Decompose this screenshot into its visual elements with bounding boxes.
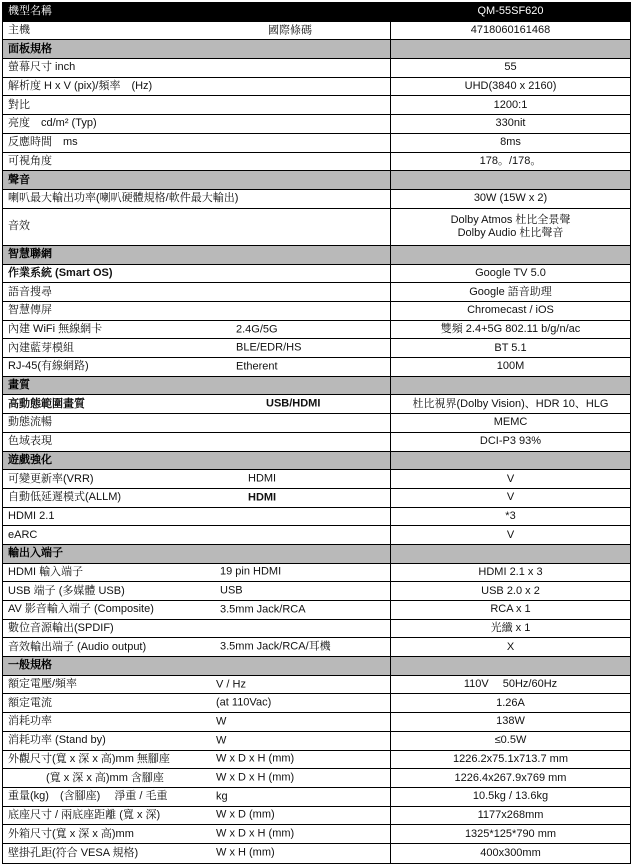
value-cell: 100M [391,358,630,376]
section-title: 畫質 [3,380,30,391]
spec-value: V [507,529,514,542]
label-cell: 額定電流(at 110Vac) [3,694,391,712]
value-cell: MEMC [391,414,630,432]
spec-label: 音效輸出端子 (Audio output) [3,642,146,653]
spec-value: 1.26A [496,697,525,710]
spec-label: 語音搜尋 [3,287,52,298]
spec-label: 外箱尺寸(寬 x 深 x 高)mm [3,829,134,840]
spec-value: 55 [504,61,516,74]
spec-qualifier: USB/HDMI [266,399,320,410]
label-cell: USB 端子 (多媒體 USB)USB [3,582,391,600]
value-cell [391,171,630,189]
spec-label: 作業系統 (Smart OS) [3,268,113,279]
value-cell [391,545,630,563]
value-cell: USB 2.0 x 2 [391,582,630,600]
value-cell: 110V 50Hz/60Hz [391,676,630,694]
spec-row: 色域表現DCI-P3 93% [3,433,630,452]
spec-row: 消耗功率 (Stand by)W≤0.5W [3,732,630,751]
spec-row: 可視角度178。/178。 [3,153,630,172]
spec-row: 內建 WiFi 無線網卡2.4G/5G雙頻 2.4+5G 802.11 b/g/… [3,321,630,340]
spec-qualifier: HDMI [248,492,276,503]
spec-row: 消耗功率W138W [3,713,630,732]
value-cell: 1226.2x75.1x713.7 mm [391,751,630,769]
spec-label: 壁掛孔距(符合 VESA 規格) [3,848,138,859]
spec-value: 138W [496,715,525,728]
spec-label: 高動態範圍畫質 [3,399,85,410]
value-cell: 1.26A [391,694,630,712]
spec-label: HDMI 輸入端子 [3,567,83,578]
spec-row: 外觀尺寸(寬 x 深 x 高)mm 無腳座W x D x H (mm)1226.… [3,751,630,770]
label-cell: 音效 [3,209,391,245]
value-cell: 1200:1 [391,96,630,114]
spec-label: 內建藍芽模組 [3,343,74,354]
spec-qualifier: USB [220,586,243,597]
label-cell: 數位音源輸出(SPDIF) [3,620,391,638]
spec-value: 1177x268mm [478,809,544,822]
label-cell: 反應時間 ms [3,134,391,152]
value-cell: 光纖 x 1 [391,620,630,638]
value-cell: BT 5.1 [391,339,630,357]
label-cell: 音效輸出端子 (Audio output)3.5mm Jack/RCA/耳機 [3,638,391,656]
spec-label: 消耗功率 [3,716,52,727]
spec-value: 1325*125*790 mm [465,828,556,841]
value-cell: V [391,489,630,507]
label-cell: 消耗功率 (Stand by)W [3,732,391,750]
spec-row: 音效輸出端子 (Audio output)3.5mm Jack/RCA/耳機X [3,638,630,657]
value-cell: 400x300mm [391,844,630,863]
section-row: 智慧聯網 [3,246,630,265]
section-title: 面板規格 [3,44,52,55]
spec-qualifier: V / Hz [216,679,246,690]
spec-label: 消耗功率 (Stand by) [3,735,106,746]
spec-row: 壁掛孔距(符合 VESA 規格)W x H (mm)400x300mm [3,844,630,863]
spec-row: 高動態範圍畫質USB/HDMI杜比視界(Dolby Vision)、HDR 10… [3,395,630,414]
label-cell: eARC [3,526,391,544]
spec-qualifier: HDMI [248,474,276,485]
spec-label: (寬 x 深 x 高)mm 含腳座 [3,773,164,784]
value-cell: 138W [391,713,630,731]
spec-value: 杜比視界(Dolby Vision)、HDR 10、HLG [412,398,608,411]
value-cell: HDMI 2.1 x 3 [391,564,630,582]
label-cell: 動態流暢 [3,414,391,432]
spec-row: HDMI 2.1*3 [3,508,630,527]
value-cell [391,452,630,470]
spec-label: 對比 [3,100,30,111]
value-cell: 1325*125*790 mm [391,825,630,843]
value-cell: UHD(3840 x 2160) [391,78,630,96]
spec-row: 額定電流(at 110Vac)1.26A [3,694,630,713]
spec-value: 1226.4x267.9x769 mm [455,772,567,785]
spec-row: 對比1200:1 [3,96,630,115]
spec-value: 30W (15W x 2) [474,192,547,205]
section-row: 畫質 [3,377,630,396]
spec-value-line2: Dolby Audio 杜比聲音 [458,227,564,240]
spec-row: (寬 x 深 x 高)mm 含腳座W x D x H (mm)1226.4x26… [3,769,630,788]
spec-value: 100M [497,360,525,373]
value-cell: *3 [391,508,630,526]
spec-qualifier: W x D x H (mm) [216,829,294,840]
section-row: 聲音 [3,171,630,190]
spec-row: 自動低延遲模式(ALLM)HDMIV [3,489,630,508]
label-cell: 解析度 H x V (pix)/頻率 (Hz) [3,78,391,96]
spec-label: 數位音源輸出(SPDIF) [3,623,114,634]
spec-value: Dolby Atmos 杜比全景聲 [451,214,571,227]
spec-qualifier: 3.5mm Jack/RCA/耳機 [220,642,331,653]
spec-label: 智慧傳屏 [3,305,52,316]
spec-value: 400x300mm [480,847,541,860]
spec-value: Google TV 5.0 [475,267,546,280]
spec-row: RJ-45(有線網路)Etherent100M [3,358,630,377]
spec-qualifier: W x D x H (mm) [216,754,294,765]
value-cell: Google 語音助理 [391,283,630,301]
label-cell: RJ-45(有線網路)Etherent [3,358,391,376]
spec-row: 內建藍芽模組BLE/EDR/HSBT 5.1 [3,339,630,358]
value-cell: 10.5kg / 13.6kg [391,788,630,806]
spec-row: 螢幕尺寸 inch55 [3,59,630,78]
spec-value: HDMI 2.1 x 3 [478,566,542,579]
label-cell: 外觀尺寸(寬 x 深 x 高)mm 無腳座W x D x H (mm) [3,751,391,769]
value-cell: Google TV 5.0 [391,265,630,283]
spec-label: 色域表現 [3,436,52,447]
value-cell [391,40,630,58]
spec-label: USB 端子 (多媒體 USB) [3,586,125,597]
spec-label: RJ-45(有線網路) [3,361,89,372]
value-cell: 30W (15W x 2) [391,190,630,208]
spec-value: 178。/178。 [480,155,542,168]
value-cell [391,657,630,675]
spec-row: 數位音源輸出(SPDIF)光纖 x 1 [3,620,630,639]
spec-row: 主機國際條碼4718060161468 [3,22,630,41]
spec-row: 亮度 cd/m² (Typ)330nit [3,115,630,134]
spec-qualifier: 3.5mm Jack/RCA [220,604,306,615]
spec-qualifier: W x D x H (mm) [216,773,294,784]
label-cell: (寬 x 深 x 高)mm 含腳座W x D x H (mm) [3,769,391,787]
spec-row: eARCV [3,526,630,545]
spec-row: 作業系統 (Smart OS)Google TV 5.0 [3,265,630,284]
value-cell: 1226.4x267.9x769 mm [391,769,630,787]
spec-row: 語音搜尋Google 語音助理 [3,283,630,302]
spec-row: 底座尺寸 / 兩底座距離 (寬 x 深)W x D (mm)1177x268mm [3,807,630,826]
spec-value: X [507,641,514,654]
label-cell: 對比 [3,96,391,114]
spec-value: 4718060161468 [471,24,551,37]
label-cell: 遊戲強化 [3,452,391,470]
spec-value: Chromecast / iOS [467,304,554,317]
spec-value: 330nit [496,117,526,130]
value-cell: RCA x 1 [391,601,630,619]
spec-label: 外觀尺寸(寬 x 深 x 高)mm 無腳座 [3,754,170,765]
spec-qualifier: 2.4G/5G [236,324,278,335]
spec-row: 音效Dolby Atmos 杜比全景聲Dolby Audio 杜比聲音 [3,209,630,246]
value-cell: 1177x268mm [391,807,630,825]
label-cell: HDMI 輸入端子19 pin HDMI [3,564,391,582]
label-cell: HDMI 2.1 [3,508,391,526]
spec-label: 亮度 cd/m² (Typ) [3,118,97,129]
label-cell: 智慧聯網 [3,246,391,264]
spec-qualifier: W x D (mm) [216,810,275,821]
label-cell: 底座尺寸 / 兩底座距離 (寬 x 深)W x D (mm) [3,807,391,825]
spec-label: 主機 [3,25,30,36]
spec-value: QM-55SF620 [477,5,543,18]
label-cell: 重量(kg) (含腳座) 淨重 / 毛重kg [3,788,391,806]
spec-label: 底座尺寸 / 兩底座距離 (寬 x 深) [3,810,160,821]
section-title: 一般規格 [3,660,52,671]
label-cell: AV 影音輸入端子 (Composite)3.5mm Jack/RCA [3,601,391,619]
label-cell: 高動態範圍畫質USB/HDMI [3,395,391,413]
value-cell [391,246,630,264]
label-cell: 輸出入端子 [3,545,391,563]
spec-value: V [507,473,514,486]
spec-row: 智慧傳屏Chromecast / iOS [3,302,630,321]
value-cell: 178。/178。 [391,153,630,171]
spec-value: UHD(3840 x 2160) [465,80,557,93]
section-row: 面板規格 [3,40,630,59]
spec-qualifier: BLE/EDR/HS [236,343,301,354]
value-cell: Chromecast / iOS [391,302,630,320]
spec-label: 解析度 H x V (pix)/頻率 (Hz) [3,81,152,92]
label-cell: 內建 WiFi 無線網卡2.4G/5G [3,321,391,339]
spec-value: 8ms [500,136,521,149]
spec-row: 動態流暢MEMC [3,414,630,433]
spec-row: 額定電壓/頻率V / Hz110V 50Hz/60Hz [3,676,630,695]
spec-label: 機型名稱 [3,6,52,17]
spec-label: eARC [3,530,37,541]
label-cell: 色域表現 [3,433,391,451]
spec-label: HDMI 2.1 [3,511,54,522]
spec-value: MEMC [494,416,528,429]
label-cell: 主機國際條碼 [3,22,391,40]
spec-label: 反應時間 ms [3,137,78,148]
spec-qualifier: 國際條碼 [268,25,312,36]
spec-qualifier: kg [216,791,228,802]
spec-label: 額定電流 [3,698,52,709]
spec-label: 音效 [3,221,30,232]
value-cell: 8ms [391,134,630,152]
spec-value: V [507,491,514,504]
spec-row: AV 影音輸入端子 (Composite)3.5mm Jack/RCARCA x… [3,601,630,620]
spec-value: USB 2.0 x 2 [481,585,540,598]
value-cell: DCI-P3 93% [391,433,630,451]
spec-value: 1226.2x75.1x713.7 mm [453,753,568,766]
spec-value: Google 語音助理 [469,286,552,299]
label-cell: 作業系統 (Smart OS) [3,265,391,283]
spec-row: HDMI 輸入端子19 pin HDMIHDMI 2.1 x 3 [3,564,630,583]
value-cell: QM-55SF620 [391,3,630,21]
label-cell: 可視角度 [3,153,391,171]
label-cell: 消耗功率W [3,713,391,731]
spec-label: 重量(kg) (含腳座) 淨重 / 毛重 [3,791,168,802]
spec-row: 外箱尺寸(寬 x 深 x 高)mmW x D x H (mm)1325*125*… [3,825,630,844]
label-cell: 聲音 [3,171,391,189]
value-cell: 4718060161468 [391,22,630,40]
spec-value: 光纖 x 1 [491,622,531,635]
value-cell: Dolby Atmos 杜比全景聲Dolby Audio 杜比聲音 [391,209,630,245]
value-cell: 55 [391,59,630,77]
spec-value: 10.5kg / 13.6kg [473,790,548,803]
spec-row: 喇叭最大輸出功率(喇叭硬體規格/軟件最大輸出)30W (15W x 2) [3,190,630,209]
spec-value: 1200:1 [494,99,528,112]
label-cell: 喇叭最大輸出功率(喇叭硬體規格/軟件最大輸出) [3,190,391,208]
spec-label: 可視角度 [3,156,52,167]
spec-qualifier: W x H (mm) [216,848,275,859]
label-cell: 一般規格 [3,657,391,675]
value-cell: 330nit [391,115,630,133]
spec-value: BT 5.1 [494,342,526,355]
label-cell: 螢幕尺寸 inch [3,59,391,77]
spec-row: 重量(kg) (含腳座) 淨重 / 毛重kg10.5kg / 13.6kg [3,788,630,807]
spec-label: 可變更新率(VRR) [3,474,94,485]
value-cell: V [391,526,630,544]
label-cell: 自動低延遲模式(ALLM)HDMI [3,489,391,507]
label-cell: 亮度 cd/m² (Typ) [3,115,391,133]
spec-row: 可變更新率(VRR)HDMIV [3,470,630,489]
spec-qualifier: W [216,735,226,746]
spec-qualifier: W [216,716,226,727]
section-title: 聲音 [3,175,30,186]
spec-label: 動態流暢 [3,417,52,428]
spec-value: *3 [505,510,515,523]
section-title: 智慧聯網 [3,249,52,260]
label-cell: 畫質 [3,377,391,395]
spec-row: 解析度 H x V (pix)/頻率 (Hz)UHD(3840 x 2160) [3,78,630,97]
section-row: 遊戲強化 [3,452,630,471]
spec-value: DCI-P3 93% [480,435,541,448]
spec-label: 螢幕尺寸 inch [3,62,75,73]
value-cell: X [391,638,630,656]
spec-qualifier: 19 pin HDMI [220,567,281,578]
section-title: 輸出入端子 [3,548,63,559]
label-cell: 智慧傳屏 [3,302,391,320]
value-cell: 杜比視界(Dolby Vision)、HDR 10、HLG [391,395,630,413]
label-cell: 外箱尺寸(寬 x 深 x 高)mmW x D x H (mm) [3,825,391,843]
spec-label: 內建 WiFi 無線網卡 [3,324,102,335]
spec-label: 額定電壓/頻率 [3,679,77,690]
spec-label: 喇叭最大輸出功率(喇叭硬體規格/軟件最大輸出) [3,193,238,204]
section-row: 一般規格 [3,657,630,676]
label-cell: 內建藍芽模組BLE/EDR/HS [3,339,391,357]
value-cell: ≤0.5W [391,732,630,750]
spec-qualifier: (at 110Vac) [216,698,271,709]
value-cell: V [391,470,630,488]
spec-row: 反應時間 ms8ms [3,134,630,153]
label-cell: 面板規格 [3,40,391,58]
label-cell: 額定電壓/頻率V / Hz [3,676,391,694]
section-row: 輸出入端子 [3,545,630,564]
section-title: 遊戲強化 [3,455,52,466]
value-cell [391,377,630,395]
label-cell: 機型名稱 [3,3,391,21]
label-cell: 壁掛孔距(符合 VESA 規格)W x H (mm) [3,844,391,863]
label-cell: 可變更新率(VRR)HDMI [3,470,391,488]
spec-value: RCA x 1 [490,603,530,616]
spec-row: USB 端子 (多媒體 USB)USBUSB 2.0 x 2 [3,582,630,601]
spec-label: AV 影音輸入端子 (Composite) [3,604,154,615]
label-cell: 語音搜尋 [3,283,391,301]
table-header-row: 機型名稱QM-55SF620 [3,3,630,22]
spec-value: 雙頻 2.4+5G 802.11 b/g/n/ac [441,323,581,336]
spec-value: 110V 50Hz/60Hz [464,678,557,691]
spec-value: ≤0.5W [495,734,527,747]
value-cell: 雙頻 2.4+5G 802.11 b/g/n/ac [391,321,630,339]
spec-label: 自動低延遲模式(ALLM) [3,492,121,503]
spec-table: 機型名稱QM-55SF620主機國際條碼4718060161468面板規格螢幕尺… [2,2,631,864]
spec-qualifier: Etherent [236,361,278,372]
